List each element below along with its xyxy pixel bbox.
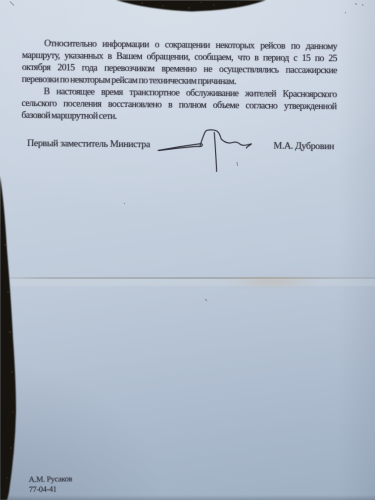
letter-content: Относительно информации о сокращении нек… (0, 0, 375, 500)
signature-block: Первый заместитель Министра М.А. Дуброви… (21, 131, 336, 152)
executor-phone: 77-04-41 (29, 484, 73, 494)
handwritten-signature-icon (153, 127, 258, 174)
document-photo: Относительно информации о сокращении нек… (0, 0, 375, 500)
letter-body: Относительно информации о сокращении нек… (21, 38, 337, 125)
signer-name: М.А. Дубровин (273, 134, 336, 153)
signer-position-title: Первый заместитель Министра (21, 131, 150, 150)
executor-footer: А.М. Русаков 77-04-41 (29, 474, 73, 494)
executor-name: А.М. Русаков (29, 474, 73, 484)
